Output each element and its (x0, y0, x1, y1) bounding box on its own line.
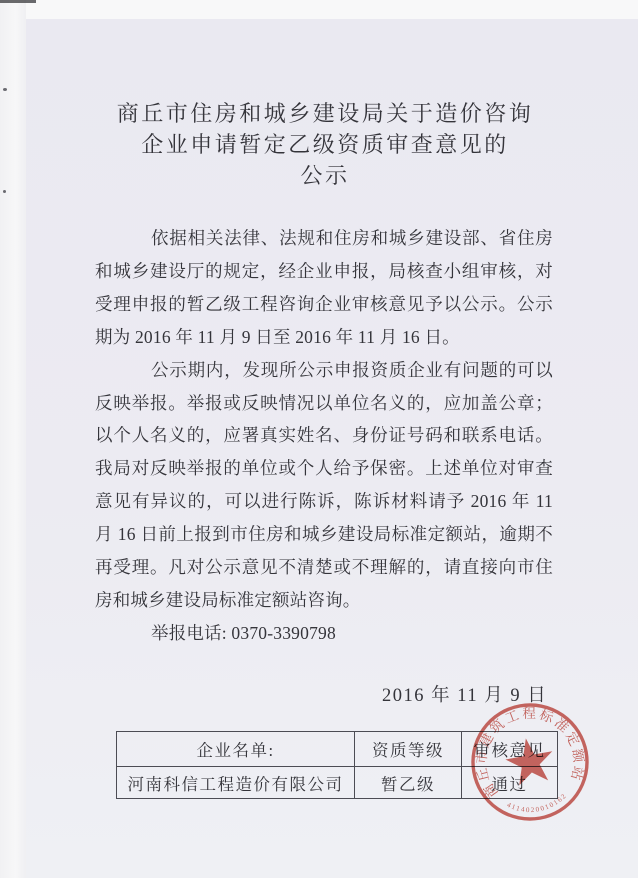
report-phone-line: 举报电话: 0370-3390798 (95, 617, 553, 650)
scan-edge-artifact (0, 0, 36, 3)
seal-star-icon (502, 734, 557, 787)
title-line-2: 企业申请暂定乙级资质审查意见的 (141, 132, 509, 157)
scan-top-margin (0, 0, 638, 20)
title-line-3: 公示 (300, 163, 349, 188)
document-paper: 商丘市住房和城乡建设局关于造价咨询 企业申请暂定乙级资质审查意见的 公示 依据相… (26, 19, 638, 878)
scan-left-margin (0, 0, 26, 878)
header-qualification-level: 资质等级 (355, 732, 462, 767)
scan-speck (3, 88, 7, 91)
document-body: 依据相关法律、法规和住房和城乡建设部、省住房和城乡建设厅的规定，经企业申报，局核… (95, 222, 553, 650)
scan-speck (3, 190, 6, 193)
paragraph-basis: 依据相关法律、法规和住房和城乡建设部、省住房和城乡建设厅的规定，经企业申报，局核… (95, 222, 553, 354)
official-seal: 商丘市建筑工程标准定额站 4114020010162 (458, 690, 602, 834)
header-company-name: 企业名单: (117, 732, 355, 767)
seal-number: 4114020010162 (505, 791, 571, 819)
document-title: 商丘市住房和城乡建设局关于造价咨询 企业申请暂定乙级资质审查意见的 公示 (95, 98, 555, 191)
paragraph-objection: 公示期内，发现所公示申报资质企业有问题的可以反映举报。举报或反映情况以单位名义的… (95, 354, 553, 617)
cell-qualification-level: 暂乙级 (355, 767, 462, 799)
title-line-1: 商丘市住房和城乡建设局关于造价咨询 (117, 101, 534, 126)
cell-company-name: 河南科信工程造价有限公司 (117, 767, 355, 799)
